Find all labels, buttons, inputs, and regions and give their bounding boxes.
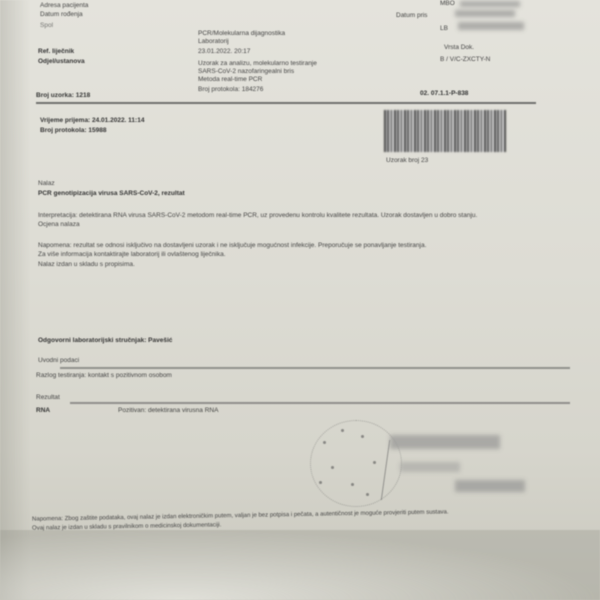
interpretation-line-1: Interpretacija: detektirana RNA virusa S… (38, 212, 477, 220)
mbo-label: MBO (440, 0, 455, 8)
protocol-number: Broj protokola: 184276 (198, 86, 263, 94)
lab-sub: Laboratorij (198, 38, 229, 46)
report-number: Broj protokola: 15988 (40, 127, 106, 135)
patient-address: Adresa pacijenta (40, 2, 88, 10)
document-page: Adresa pacijenta Datum rođenja Spol Ref.… (0, 0, 600, 600)
referring-doctor: Ref. liječnik (38, 48, 74, 56)
department: Odjel/ustanova (38, 58, 85, 66)
responsible-person: Odgovorni laboratorijski stručnjak: Pave… (38, 337, 172, 345)
section-divider (60, 367, 570, 369)
specimen-value: 1218 (76, 92, 90, 99)
specimen-number: Broj uzorka: 1218 (36, 92, 90, 100)
redacted-signature-id (455, 480, 525, 492)
note-line-1: Uzorak za analizu, molekularno testiranj… (198, 60, 317, 68)
redacted-field (458, 22, 524, 30)
report-datetime: 23.01.2022. 20:17 (198, 48, 250, 56)
interpretation-line-2: Ocjena nalaza (38, 221, 80, 229)
note-line-2: SARS-CoV-2 nazofaringealni bris (198, 68, 294, 76)
redacted-signature-name (390, 435, 500, 449)
barcode (384, 110, 506, 152)
lb-label: LB (440, 25, 448, 33)
result-code: RNA (36, 407, 50, 415)
specimen-label: Broj uzorka: (36, 92, 76, 99)
section-result-label: Rezultat (36, 394, 60, 402)
note-para-line-3: Nalaz izdan u skladu s propisima. (38, 261, 135, 269)
patient-dob: Datum rođenja (40, 11, 83, 19)
section-divider (70, 402, 570, 404)
result-value: Pozitivan: detektirana virusna RNA (118, 407, 218, 415)
lab-name: PCR/Molekularna dijagnostika (198, 30, 285, 38)
page-fold-shadow (0, 530, 600, 600)
note-line-3: Metoda real-time PCR (198, 76, 262, 84)
barcode-caption: Uzorak broj 23 (386, 157, 428, 165)
header-divider (36, 102, 536, 104)
received-label: Datum pris (396, 12, 427, 20)
patient-sex: Spol (40, 22, 53, 30)
note-para-line-2: Za više informacija kontaktirajte labora… (38, 251, 226, 259)
doc-type-label: Vrsta Dok. (444, 44, 474, 52)
section-intro-label: Uvodni podaci (38, 357, 79, 365)
body-label: Nalaz (38, 180, 55, 188)
doc-type-value: B / V/C-ZXCTY-N (440, 56, 490, 64)
result-title: PCR genotipizacija virusa SARS-CoV-2, re… (38, 190, 185, 198)
redacted-field (460, 1, 520, 7)
redacted-field (455, 10, 515, 17)
document-code: 02. 07.1.1-P-838 (420, 90, 468, 98)
footer-line-1: Napomena: Zbog zaštite podataka, ovaj na… (32, 508, 449, 523)
note-para-line-1: Napomena: rezultat se odnosi isključivo … (38, 242, 426, 250)
test-reason: Razlog testiranja: kontakt s pozitivnom … (36, 372, 172, 380)
page-shadow (0, 0, 30, 600)
received-time: Vrijeme prijema: 24.01.2022. 11:14 (40, 117, 144, 125)
redacted-signature-title (400, 462, 460, 472)
